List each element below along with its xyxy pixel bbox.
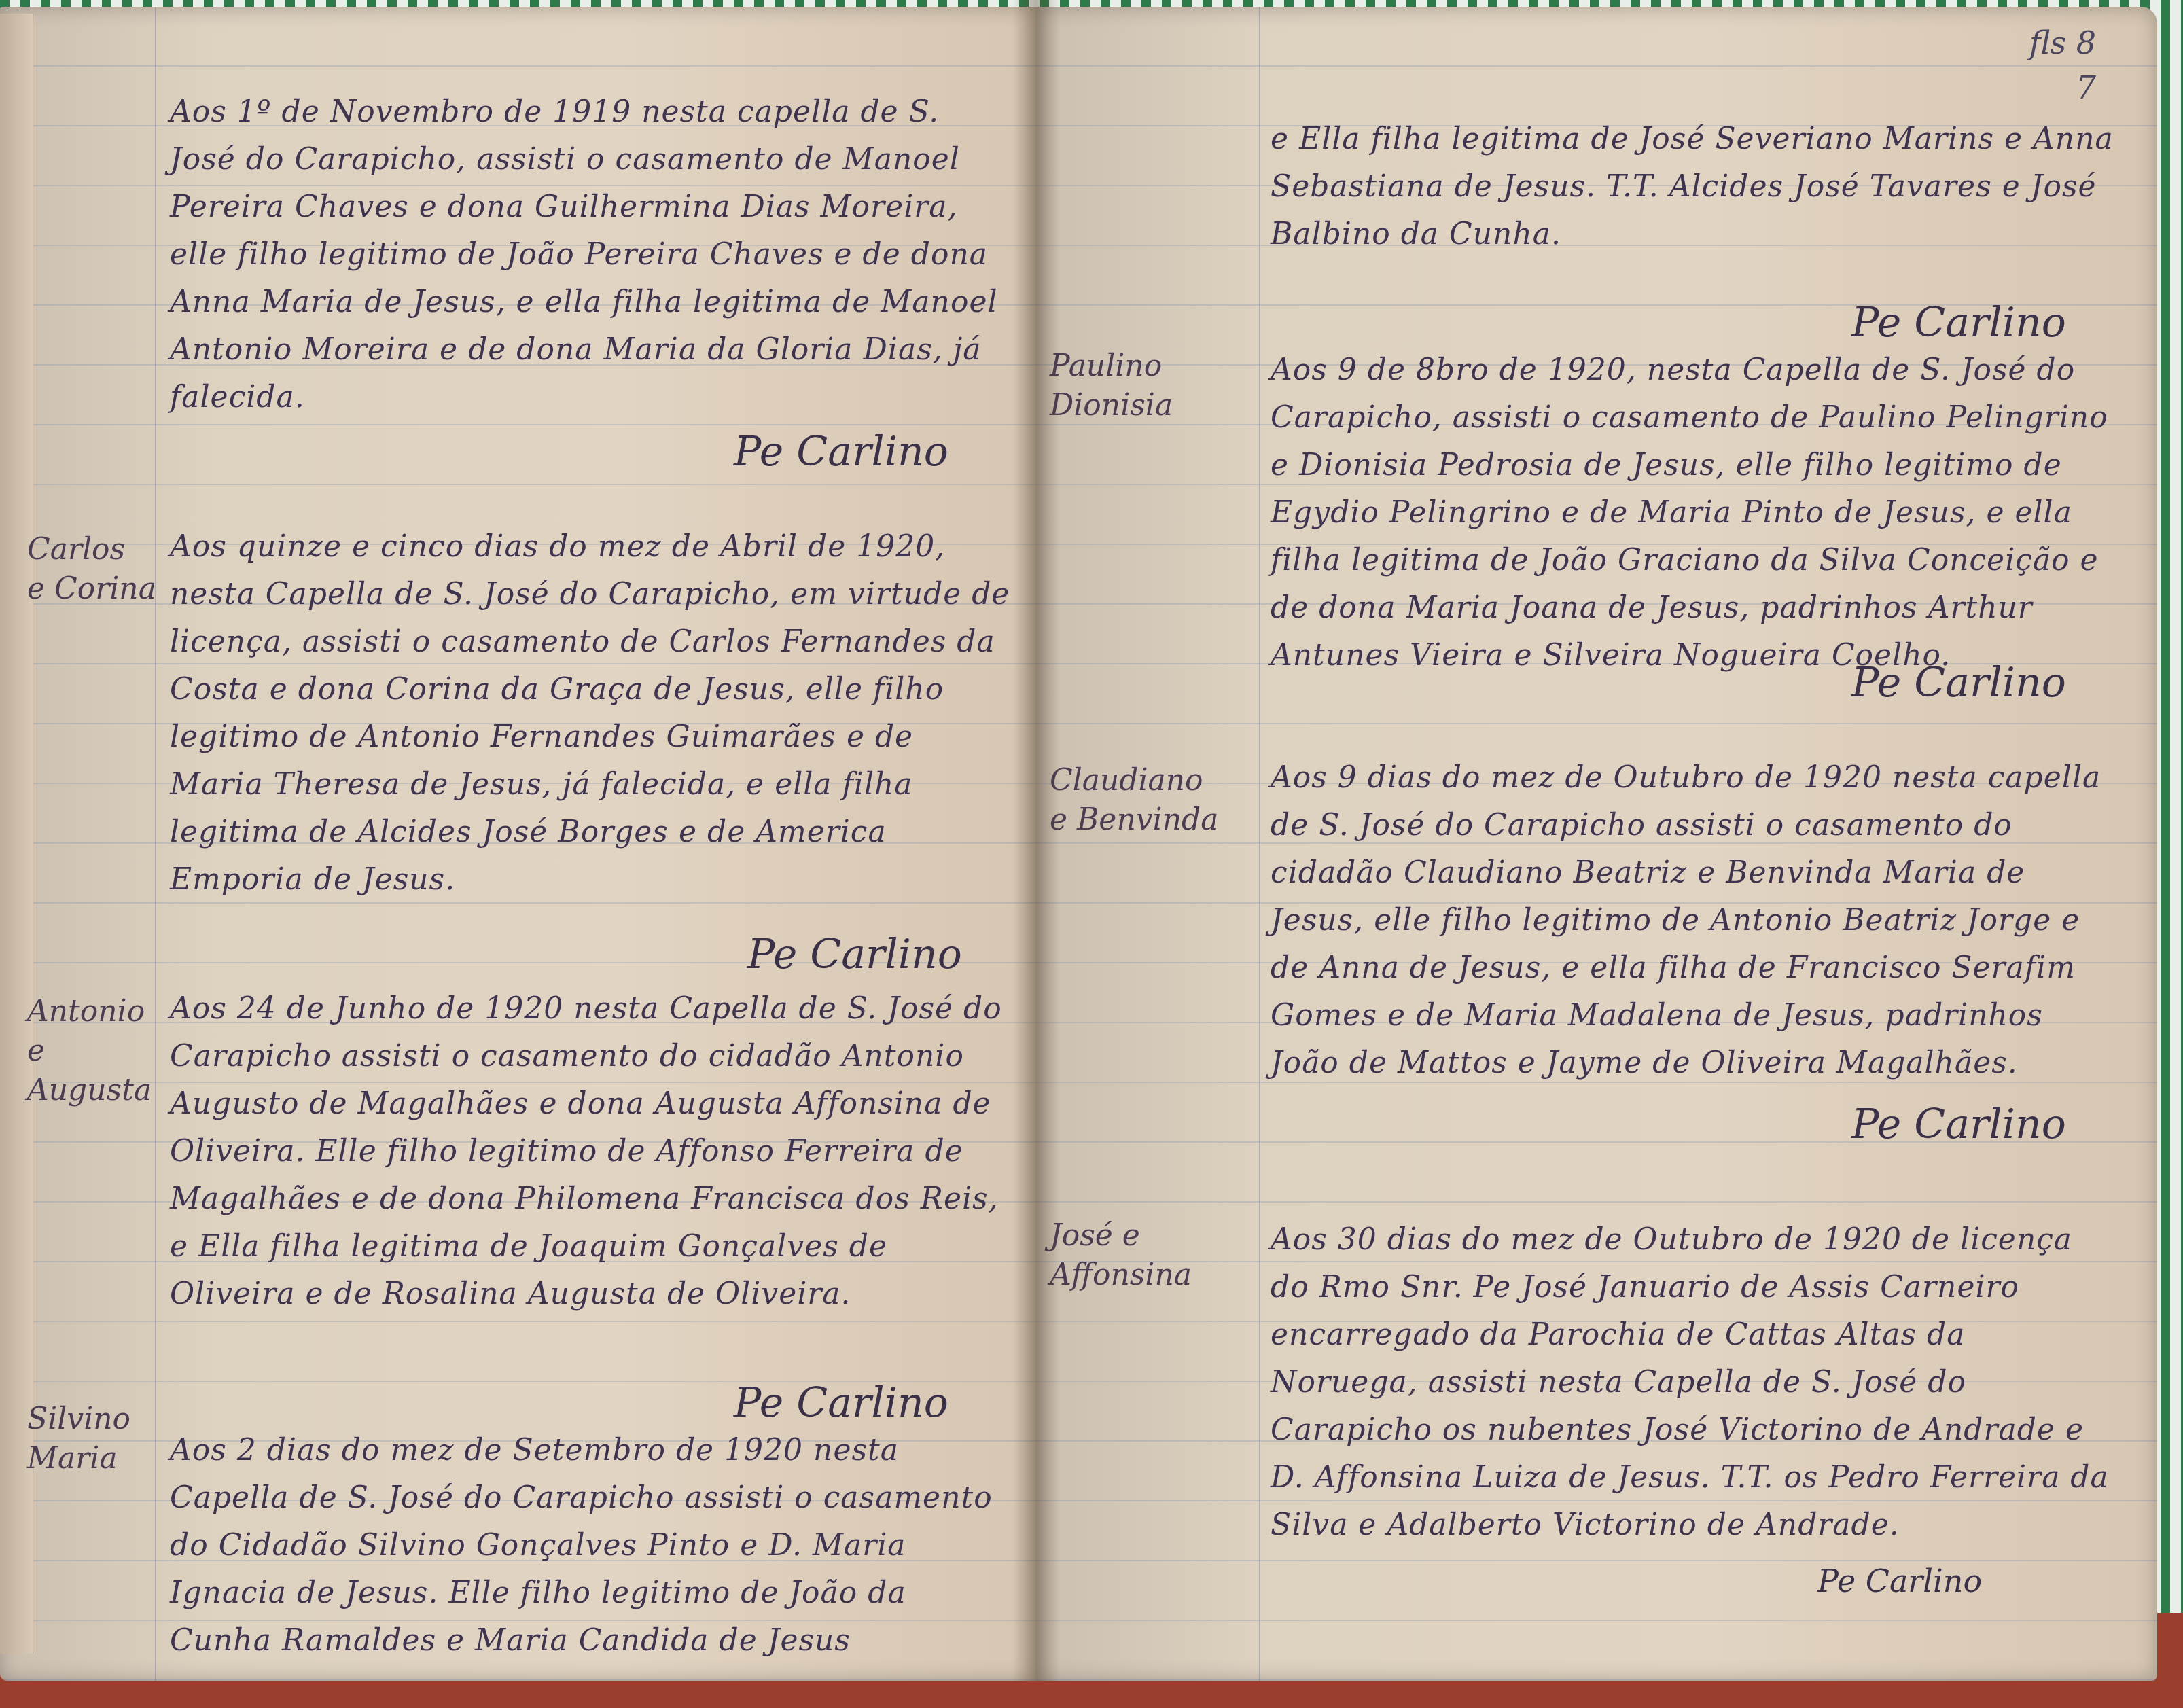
margin-names: Antonio e Augusta bbox=[27, 992, 156, 1110]
signature: Pe Carlino bbox=[747, 931, 962, 978]
entry-text: Aos 9 de 8bro de 1920, nesta Capella de … bbox=[1271, 346, 2120, 679]
marriage-entry: Aos 24 de Junho de 1920 nesta Capella de… bbox=[170, 985, 1012, 1318]
entry-text: e Ella filha legitima de José Severiano … bbox=[1271, 115, 2120, 258]
left-continuation-entry: Aos 1º de Novembro de 1919 nesta capella… bbox=[170, 88, 1012, 421]
page-number: 7 bbox=[2029, 65, 2096, 110]
entry-text: Aos 2 dias do mez de Setembro de 1920 ne… bbox=[170, 1427, 1012, 1665]
folio-number: fls 8 7 bbox=[2029, 20, 2096, 110]
entry-text: Aos 30 dias do mez de Outubro de 1920 de… bbox=[1271, 1216, 2120, 1549]
marriage-entry: Aos quinze e cinco dias do mez de Abril … bbox=[170, 523, 1012, 904]
margin-rule bbox=[1259, 7, 1260, 1681]
entry-text: Aos quinze e cinco dias do mez de Abril … bbox=[170, 523, 1012, 904]
margin-names: Silvino Maria bbox=[27, 1400, 156, 1478]
marriage-entry: Aos 9 dias do mez de Outubro de 1920 nes… bbox=[1271, 754, 2120, 1087]
signature: Pe Carlino bbox=[1817, 1563, 1982, 1599]
left-page: Aos 1º de Novembro de 1919 nesta capella… bbox=[0, 7, 1036, 1681]
signature: Pe Carlino bbox=[1851, 1101, 2066, 1148]
margin-names: Paulino Dionisia bbox=[1050, 346, 1254, 425]
margin-names: José e Affonsina bbox=[1050, 1216, 1254, 1295]
signature: Pe Carlino bbox=[1851, 299, 2066, 346]
signature: Pe Carlino bbox=[734, 1379, 948, 1427]
marriage-entry: Aos 9 de 8bro de 1920, nesta Capella de … bbox=[1271, 346, 2120, 679]
entry-text: Aos 9 dias do mez de Outubro de 1920 nes… bbox=[1271, 754, 2120, 1087]
signature: Pe Carlino bbox=[1851, 659, 2066, 707]
entry-text: Aos 24 de Junho de 1920 nesta Capella de… bbox=[170, 985, 1012, 1318]
margin-names: Carlos e Corina bbox=[27, 530, 156, 609]
folio-label: fls 8 bbox=[2029, 20, 2096, 65]
marriage-entry: Aos 2 dias do mez de Setembro de 1920 ne… bbox=[170, 1427, 1012, 1665]
open-register-book: Aos 1º de Novembro de 1919 nesta capella… bbox=[0, 0, 2183, 1708]
margin-names: Claudiano e Benvinda bbox=[1050, 761, 1254, 840]
right-page: fls 8 7 e Ella filha legitima de José Se… bbox=[1036, 7, 2157, 1681]
signature: Pe Carlino bbox=[734, 428, 948, 476]
marriage-entry: Aos 30 dias do mez de Outubro de 1920 de… bbox=[1271, 1216, 2120, 1549]
right-continuation-entry: e Ella filha legitima de José Severiano … bbox=[1271, 115, 2120, 258]
entry-text: Aos 1º de Novembro de 1919 nesta capella… bbox=[170, 88, 1012, 421]
